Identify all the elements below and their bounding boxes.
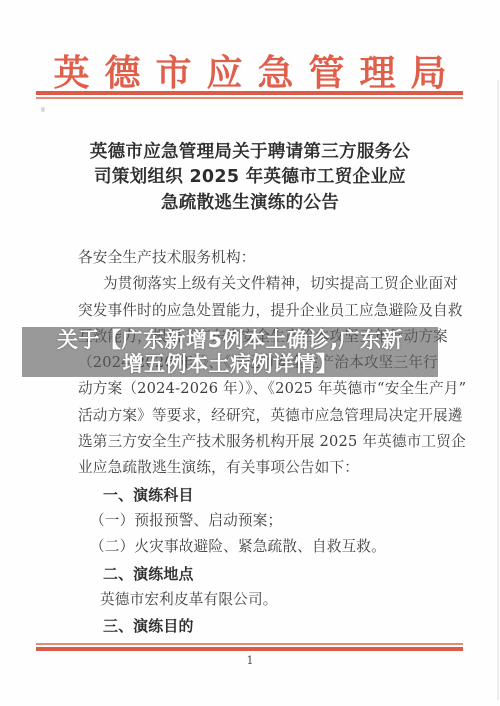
document-title-line: 英德市应急管理局关于聘请第三方服务公: [0, 140, 500, 165]
letterhead-agency-name: 英德市应急管理局: [0, 54, 500, 92]
body-text: 各安全生产技术服务机构：为贯彻落实上级有关文件精神，切实提高工贸企业面对突发事件…: [78, 245, 438, 639]
body-line: 二、演练地点: [78, 561, 438, 587]
page-number: 1: [0, 654, 500, 667]
body-line: 英德市宏利皮革有限公司。: [78, 587, 438, 613]
body-line: 各安全生产技术服务机构：: [78, 245, 438, 271]
body-line: 选第三方安全生产技术服务机构开展 2025 年英德市工贸企: [78, 429, 438, 455]
caption-overlay-text-line: 增五例本土病例详情】: [123, 352, 338, 376]
document-title-line: 司策划组织 2025 年英德市工贸企业应: [0, 165, 500, 190]
body-line: 业应急疏散逃生演练，有关事项公告如下：: [78, 455, 438, 481]
document-page: 英德市应急管理局 英德市应急管理局关于聘请第三方服务公 司策划组织 2025 年…: [0, 0, 500, 706]
footer-double-rule: [36, 643, 463, 651]
letterhead-double-rule: [36, 91, 463, 99]
caption-overlay-banner: 关于【广东新增5例本土确诊,广东新 增五例本土病例详情】: [22, 327, 438, 377]
rule-thin: [36, 97, 463, 99]
body-line: （二）火灾事故避险、紧急疏散、自救互救。: [78, 534, 438, 560]
document-title: 英德市应急管理局关于聘请第三方服务公 司策划组织 2025 年英德市工贸企业应 …: [0, 140, 500, 216]
body-line: （一）预报预警、启动预案；: [78, 508, 438, 534]
body-line: 一、演练科目: [78, 482, 438, 508]
body-line: 突发事件时的应急处置能力，提升企业员工应急避险及自救: [78, 298, 438, 324]
body-line: 活动方案》等要求，经研究，英德市应急管理局决定开展遴: [78, 403, 438, 429]
caption-overlay-text-line: 关于【广东新增5例本土确诊,广东新: [57, 328, 403, 352]
body-line: 动方案（2024-2026 年）》、《2025 年英德市“安全生产月”: [78, 376, 438, 402]
rule-thick: [36, 647, 463, 651]
document-title-line: 急疏散逃生演练的公告: [0, 191, 500, 216]
scan-speck-artifact: [41, 107, 45, 112]
body-line: 三、演练目的: [78, 613, 438, 639]
body-line: 为贯彻落实上级有关文件精神，切实提高工贸企业面对: [78, 271, 438, 297]
